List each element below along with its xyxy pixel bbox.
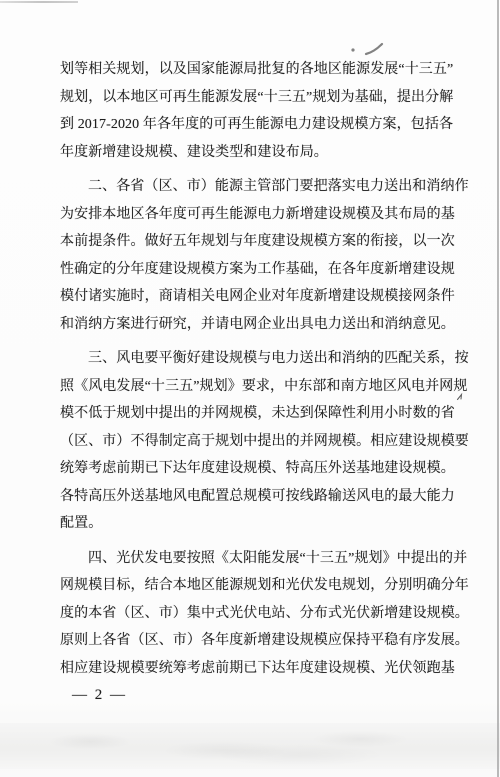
text-line: 相应建设规模要统筹考虑前期已下达年度建设规模、光伏领跑基 xyxy=(60,655,458,683)
scan-shadow-band xyxy=(0,723,500,769)
text-line: 模付诸实施时，商请相关电网企业对年度新增建设规模接网条件 xyxy=(60,283,458,311)
text-line: 照《风电发展“十三五”规划》要求，中东部和南方地区风电并网规 xyxy=(60,373,458,401)
text-line: 和消纳方案进行研究，并请电网企业出具电力送出和消纳意见。 xyxy=(60,311,458,339)
text-line: 原则上各省（区、市）各年度新增建设规模应保持平稳有序发展。 xyxy=(60,627,458,655)
document-body: 划等相关规划，以及国家能源局批复的各地区能源发展“十三五”规划，以本地区可再生能… xyxy=(60,56,458,682)
scan-edge-line xyxy=(497,0,499,777)
text-line: （区、市）不得制定高于规划中提出的并网规模。相应建设规模要 xyxy=(60,428,458,456)
text-line: 划等相关规划，以及国家能源局批复的各地区能源发展“十三五” xyxy=(60,56,458,84)
text-line: 三、风电要平衡好建设规模与电力送出和消纳的匹配关系，按 xyxy=(60,345,458,373)
text-line: 二、各省（区、市）能源主管部门要把落实电力送出和消纳作 xyxy=(60,173,458,201)
text-line: 为安排本地区各年度可再生能源电力新增建设规模及其布局的基 xyxy=(60,201,458,229)
text-line: 四、光伏发电要按照《太阳能发展“十三五”规划》中提出的并 xyxy=(60,545,458,573)
page-number: — 2 — xyxy=(72,687,127,704)
text-line: 性确定的分年度建设规模方案为工作基础，在各年度新增建设规 xyxy=(60,256,458,284)
text-line: 到 2017-2020 年各年度的可再生能源电力建设规模方案，包括各 xyxy=(60,111,458,139)
text-line: 配置。 xyxy=(60,510,458,538)
text-line: 各特高压外送基地风电配置总规模可按线路输送风电的最大能力 xyxy=(60,483,458,511)
text-line: 本前提条件。做好五年规划与年度建设规模方案的衔接，以一次 xyxy=(60,228,458,256)
ink-speck-mark xyxy=(456,393,464,401)
text-line: 年度新增建设规模、建设类型和建设布局。 xyxy=(60,139,458,167)
text-line: 度的本省（区、市）集中式光伏电站、分布式光伏新增建设规模。 xyxy=(60,600,458,628)
text-line: 模不低于规划中提出的并网规模，未达到保障性利用小时数的省 xyxy=(60,400,458,428)
text-line: 统筹考虑前期已下达年度建设规模、特高压外送基地建设规模。 xyxy=(60,455,458,483)
scan-artifact-top-line xyxy=(0,1,78,3)
document-page: 划等相关规划，以及国家能源局批复的各地区能源发展“十三五”规划，以本地区可再生能… xyxy=(0,0,500,777)
text-line: 网规模目标，结合本地区能源规划和光伏发电规划，分别明确分年 xyxy=(60,572,458,600)
text-line: 规划，以本地区可再生能源发展“十三五”规划为基础，提出分解 xyxy=(60,84,458,112)
